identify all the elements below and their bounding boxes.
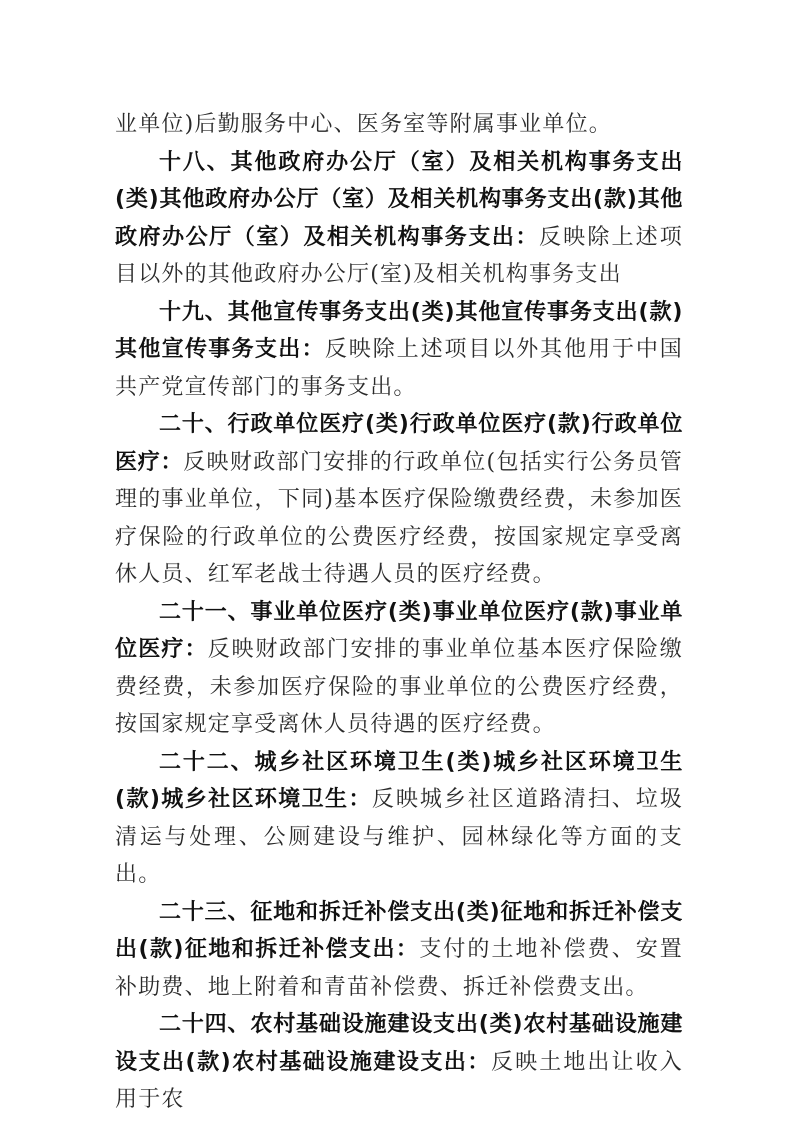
- section-24: 二十四、农村基础设施建设支出(类)农村基础设施建设支出(款)农村基础设施建设支出…: [115, 1006, 683, 1119]
- paragraph-text: 业单位)后勤服务中心、医务室等附属事业单位。: [115, 112, 612, 137]
- section-18: 十八、其他政府办公厅（室）及相关机构事务支出(类)其他政府办公厅（室）及相关机构…: [115, 144, 683, 294]
- section-19: 十九、其他宣传事务支出(类)其他宣传事务支出(款)其他宣传事务支出：反映除上述项…: [115, 294, 683, 407]
- document-page: 业单位)后勤服务中心、医务室等附属事业单位。 十八、其他政府办公厅（室）及相关机…: [115, 106, 683, 1119]
- section-22: 二十二、城乡社区环境卫生(类)城乡社区环境卫生(款)城乡社区环境卫生：反映城乡社…: [115, 744, 683, 894]
- section-body: 反映财政部门安排的行政单位(包括实行公务员管理的事业单位，下同)基本医疗保险缴费…: [115, 450, 683, 588]
- section-20: 二十、行政单位医疗(类)行政单位医疗(款)行政单位医疗：反映财政部门安排的行政单…: [115, 406, 683, 594]
- continuation-paragraph: 业单位)后勤服务中心、医务室等附属事业单位。: [115, 106, 683, 144]
- section-21: 二十一、事业单位医疗(类)事业单位医疗(款)事业单位医疗：反映财政部门安排的事业…: [115, 594, 683, 744]
- section-23: 二十三、征地和拆迁补偿支出(类)征地和拆迁补偿支出(款)征地和拆迁补偿支出：支付…: [115, 894, 683, 1007]
